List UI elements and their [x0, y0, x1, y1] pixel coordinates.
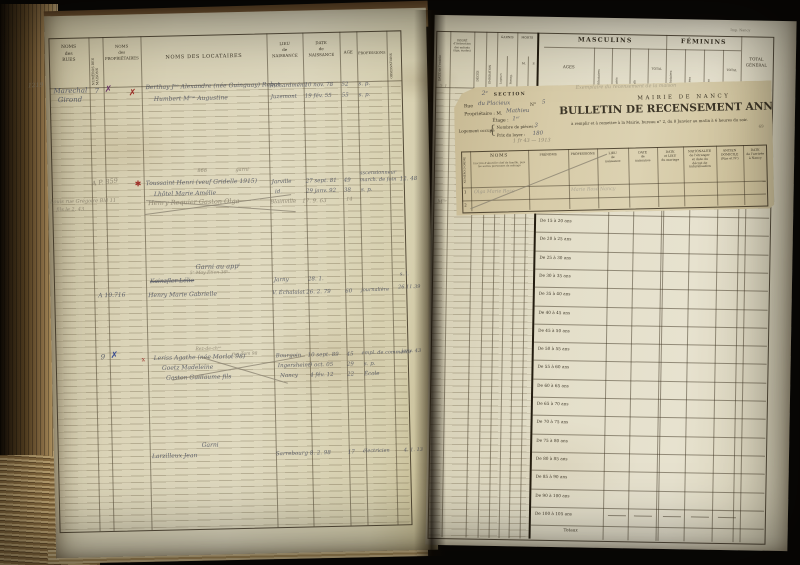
fields-loyer-label: Prix du loyer :	[497, 133, 526, 138]
fields-etage-value: 1ᵉʳ	[512, 116, 520, 123]
bulletin-title: BULLETIN DE RECENSEMENT ANNUEL	[559, 100, 769, 117]
fields-loyer-note: 1 fr 43 — 1913	[513, 138, 551, 145]
bulletin-pencil-note: Exemplaire du recensement de la maison	[576, 84, 677, 92]
book-gutter-shadow	[414, 10, 446, 556]
printer-imprint: Imp. Nancy	[730, 28, 750, 32]
bulletin-overlay-sheet: Exemplaire du recensement de la maison2ᵉ…	[454, 80, 775, 215]
bulletin-subtitle: à remplir et à remettre à la Mairie, bur…	[552, 118, 766, 127]
bulletin-section: SECTION	[494, 92, 526, 98]
left-ruled-body	[51, 80, 411, 530]
left-register-page: NOMS des RUESNUMÉROS DES MAISONSNOMS des…	[44, 8, 438, 559]
fields-prop-value: Mathieu	[506, 108, 529, 115]
fields-logement-label: Logement occupé	[459, 129, 495, 135]
bulletin-corner: 69	[759, 125, 764, 130]
fields-no-label: N°	[530, 103, 536, 108]
fields-pieces-label: Nombre de pièces :	[496, 125, 536, 131]
fields-no-value: 5	[542, 100, 546, 107]
fields-pieces-value: 3	[534, 123, 538, 130]
fields-prop-label: Propriétaire : M.	[464, 112, 502, 118]
fields-rue-label: Rue	[464, 104, 473, 109]
fields-etage-label: Étage :	[492, 118, 508, 124]
bulletin-section-hw: 2ᵉ	[482, 90, 488, 97]
fields-rue-value: du Placieux	[478, 100, 510, 107]
bulletin-mairie: MAIRIE DE NANCY	[604, 93, 764, 103]
scanned-census-register: NOMS des RUESNUMÉROS DES MAISONSNOMS des…	[0, 0, 800, 565]
bulletin-table-frame	[461, 145, 768, 214]
fields-loyer-value: 180	[533, 131, 544, 138]
field-brace: {	[488, 123, 496, 137]
